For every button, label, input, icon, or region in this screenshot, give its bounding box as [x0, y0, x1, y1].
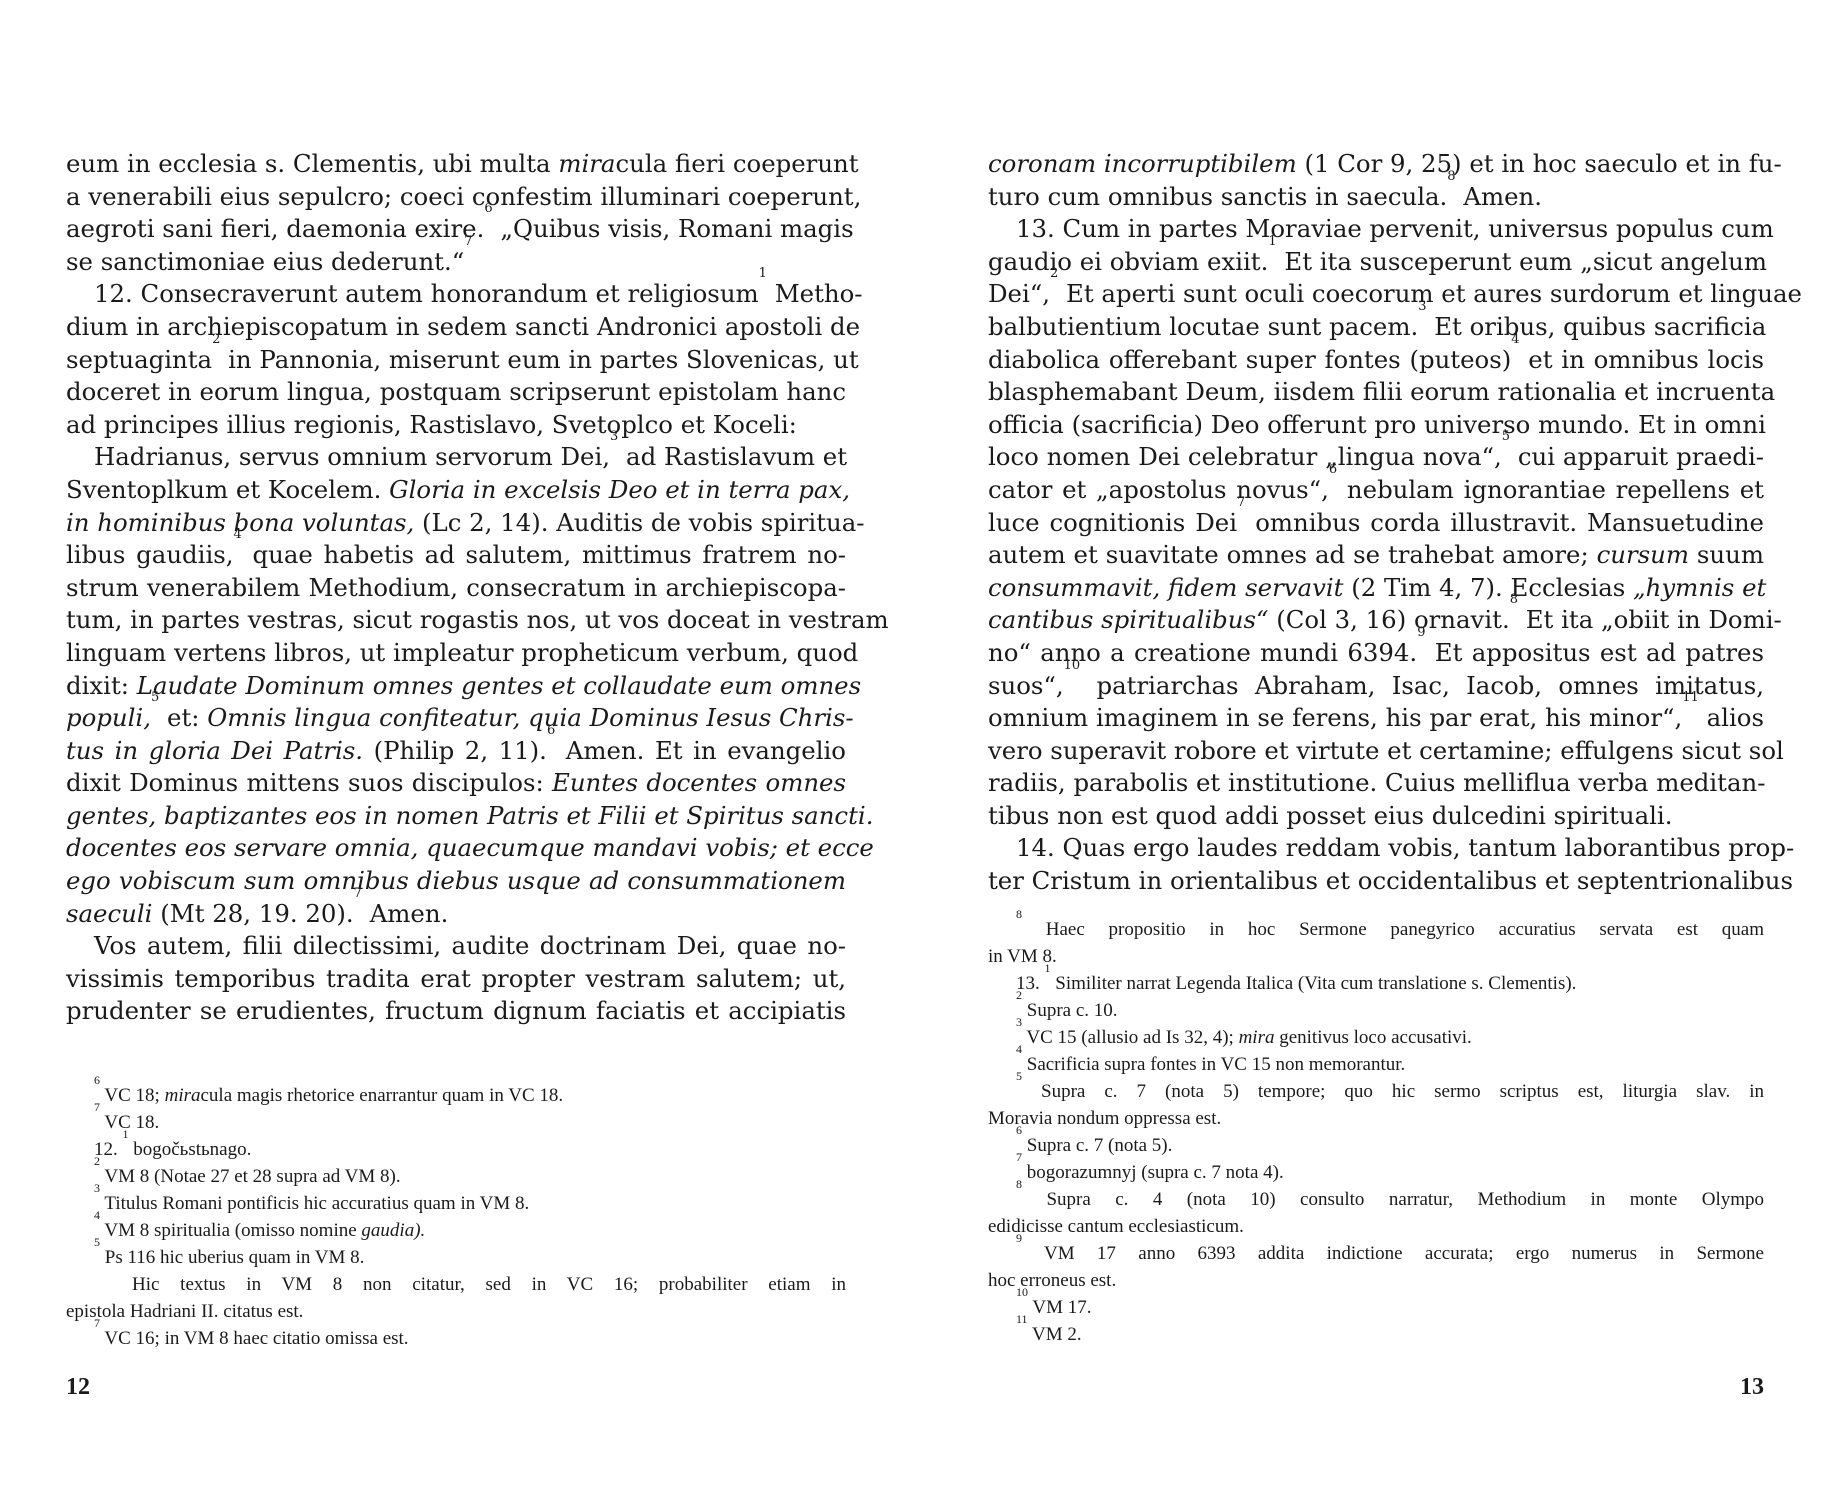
right-body-line: radiis, parabolis et institutione. Cuius…	[988, 767, 1764, 800]
left-body-line: linguam vertens libros, ut impleatur pro…	[66, 637, 846, 670]
right-body-line: cantibus spiritualibus“ (Col 3, 16) orna…	[988, 604, 1764, 637]
left-footnote: 7 VC 16; in VM 8 haec citatio omissa est…	[66, 1325, 846, 1352]
left-footnote: 12. 1 bogočьstьnago.	[66, 1136, 846, 1163]
right-body-line: omnium imaginem in se ferens, his par er…	[988, 702, 1764, 735]
right-footnote: 2 Supra c. 10.	[988, 997, 1764, 1024]
right-body-line: consummavit, fidem servavit (2 Tim 4, 7)…	[988, 572, 1764, 605]
left-body-line: Sventoplkum et Kocelem. Gloria in excels…	[66, 474, 846, 507]
left-body-line: aegroti sani fieri, daemonia exire.6 „Qu…	[66, 213, 846, 246]
left-body-line: strum venerabilem Methodium, consecratum…	[66, 572, 846, 605]
right-footnote: 3 VC 15 (allusio ad Is 32, 4); mira geni…	[988, 1024, 1764, 1051]
right-body-line: blasphemabant Deum, iisdem filii eorum r…	[988, 376, 1764, 409]
right-body-line: ter Cristum in orientalibus et occidenta…	[988, 865, 1764, 898]
right-body-line: balbutientium locutae sunt pacem.3 Et or…	[988, 311, 1764, 344]
left-body-line: vissimis temporibus tradita erat propter…	[66, 963, 846, 996]
left-body-line: gentes, baptizantes eos in nomen Patris …	[66, 800, 846, 833]
right-footnotes: 8 Haec propositio in hoc Sermone panegyr…	[988, 916, 1764, 1348]
right-footnote: 9 VM 17 anno 6393 addita indictione accu…	[988, 1240, 1764, 1267]
left-footnote: Hic textus in VM 8 non citatur, sed in V…	[66, 1271, 846, 1298]
right-footnote: edidicisse cantum ecclesiasticum.	[988, 1213, 1764, 1240]
left-footnote: epistola Hadriani II. citatus est.	[66, 1298, 846, 1325]
right-body-line: Dei“,2 Et aperti sunt oculi coecorum et …	[988, 278, 1764, 311]
left-body-line: a venerabili eius sepulcro; coeci confes…	[66, 181, 846, 214]
right-body-line: 14. Quas ergo laudes reddam vobis, tantu…	[988, 832, 1764, 865]
right-body-line: loco nomen Dei celebratur „lingua nova“,…	[988, 441, 1764, 474]
right-footnote: 10 VM 17.	[988, 1294, 1764, 1321]
right-footnote: 13. 1 Similiter narrat Legenda Italica (…	[988, 970, 1764, 997]
left-body-line: dixit Dominus mittens suos discipulos: E…	[66, 767, 846, 800]
left-footnote: 2 VM 8 (Notae 27 et 28 supra ad VM 8).	[66, 1163, 846, 1190]
right-body-line: cator et „apostolus novus“,6 nebulam ign…	[988, 474, 1764, 507]
right-body-line: turo cum omnibus sanctis in saecula.8 Am…	[988, 181, 1764, 214]
left-body-line: ego vobiscum sum omnibus diebus usque ad…	[66, 865, 846, 898]
left-body-line: docentes eos servare omnia, quaecumque m…	[66, 832, 846, 865]
right-footnote: Moravia nondum oppressa est.	[988, 1105, 1764, 1132]
left-body-line: prudenter se erudientes, fructum dignum …	[66, 995, 846, 1028]
left-body-line: eum in ecclesia s. Clementis, ubi multa …	[66, 148, 846, 181]
left-footnote: 7 VC 18.	[66, 1109, 846, 1136]
left-body-text: eum in ecclesia s. Clementis, ubi multa …	[66, 148, 846, 1028]
left-body-line: septuaginta2 in Pannonia, miserunt eum i…	[66, 344, 846, 377]
right-footnote: 6 Supra c. 7 (nota 5).	[988, 1132, 1764, 1159]
right-body-text: coronam incorruptibilem (1 Cor 9, 25) et…	[988, 148, 1764, 898]
right-body-line: coronam incorruptibilem (1 Cor 9, 25) et…	[988, 148, 1764, 181]
page-number-left: 12	[66, 1374, 90, 1401]
right-body-line: 13. Cum in partes Moraviae pervenit, uni…	[988, 213, 1764, 246]
left-body-line: ad principes illius regionis, Rastislavo…	[66, 409, 846, 442]
left-body-line: populi,5 et: Omnis lingua confiteatur, q…	[66, 702, 846, 735]
right-body-line: gaudio ei obviam exiit.1 Et ita susceper…	[988, 246, 1764, 279]
right-body-line: no“ anno a creatione mundi 6394.9 Et app…	[988, 637, 1764, 670]
right-footnote: 8 Haec propositio in hoc Sermone panegyr…	[988, 916, 1764, 943]
left-body-line: saeculi (Mt 28, 19. 20).7 Amen.	[66, 898, 846, 931]
right-body-line: officia (sacrificia) Deo offerunt pro un…	[988, 409, 1764, 442]
left-body-line: Hadrianus, servus omnium servorum Dei,3 …	[66, 441, 846, 474]
left-footnote: 3 Titulus Romani pontificis hic accurati…	[66, 1190, 846, 1217]
left-footnotes: 6 VC 18; miracula magis rhetorice enarra…	[66, 1082, 846, 1352]
right-footnote: 4 Sacrificia supra fontes in VC 15 non m…	[988, 1051, 1764, 1078]
right-body-line: suos“,10 patriarchas Abraham, Isac, Iaco…	[988, 670, 1764, 703]
left-body-line: in hominibus bona voluntas, (Lc 2, 14). …	[66, 507, 846, 540]
right-body-line: autem et suavitate omnes ad se trahebat …	[988, 539, 1764, 572]
left-body-line: doceret in eorum lingua, postquam scrips…	[66, 376, 846, 409]
right-body-line: tibus non est quod addi posset eius dulc…	[988, 800, 1764, 833]
right-body-line: diabolica offerebant super fontes (puteo…	[988, 344, 1764, 377]
left-body-line: se sanctimoniae eius dederunt.“7	[66, 246, 846, 279]
right-footnote: 5 Supra c. 7 (nota 5) tempore; quo hic s…	[988, 1078, 1764, 1105]
left-body-line: tum, in partes vestras, sicut rogastis n…	[66, 604, 846, 637]
left-body-line: 12. Consecraverunt autem honorandum et r…	[66, 278, 846, 311]
left-footnote: 4 VM 8 spiritualia (omisso nomine gaudia…	[66, 1217, 846, 1244]
right-body-line: luce cognitionis Dei7 omnibus corda illu…	[988, 507, 1764, 540]
right-footnote: 11 VM 2.	[988, 1321, 1764, 1348]
left-body-line: dium in archiepiscopatum in sedem sancti…	[66, 311, 846, 344]
left-body-line: libus gaudiis,4 quae habetis ad salutem,…	[66, 539, 846, 572]
right-footnote: hoc erroneus est.	[988, 1267, 1764, 1294]
right-footnote: 8 Supra c. 4 (nota 10) consulto narratur…	[988, 1186, 1764, 1213]
left-body-line: tus in gloria Dei Patris. (Philip 2, 11)…	[66, 735, 846, 768]
left-body-line: Vos autem, filii dilectissimi, audite do…	[66, 930, 846, 963]
left-footnote: 6 VC 18; miracula magis rhetorice enarra…	[66, 1082, 846, 1109]
left-footnote: 5 Ps 116 hic uberius quam in VM 8.	[66, 1244, 846, 1271]
right-footnote: 7 bogorazumnyj (supra c. 7 nota 4).	[988, 1159, 1764, 1186]
left-body-line: dixit: Laudate Dominum omnes gentes et c…	[66, 670, 846, 703]
right-body-line: vero superavit robore et virtute et cert…	[988, 735, 1764, 768]
right-footnote: in VM 8.	[988, 943, 1764, 970]
page-number-right: 13	[1740, 1374, 1764, 1401]
